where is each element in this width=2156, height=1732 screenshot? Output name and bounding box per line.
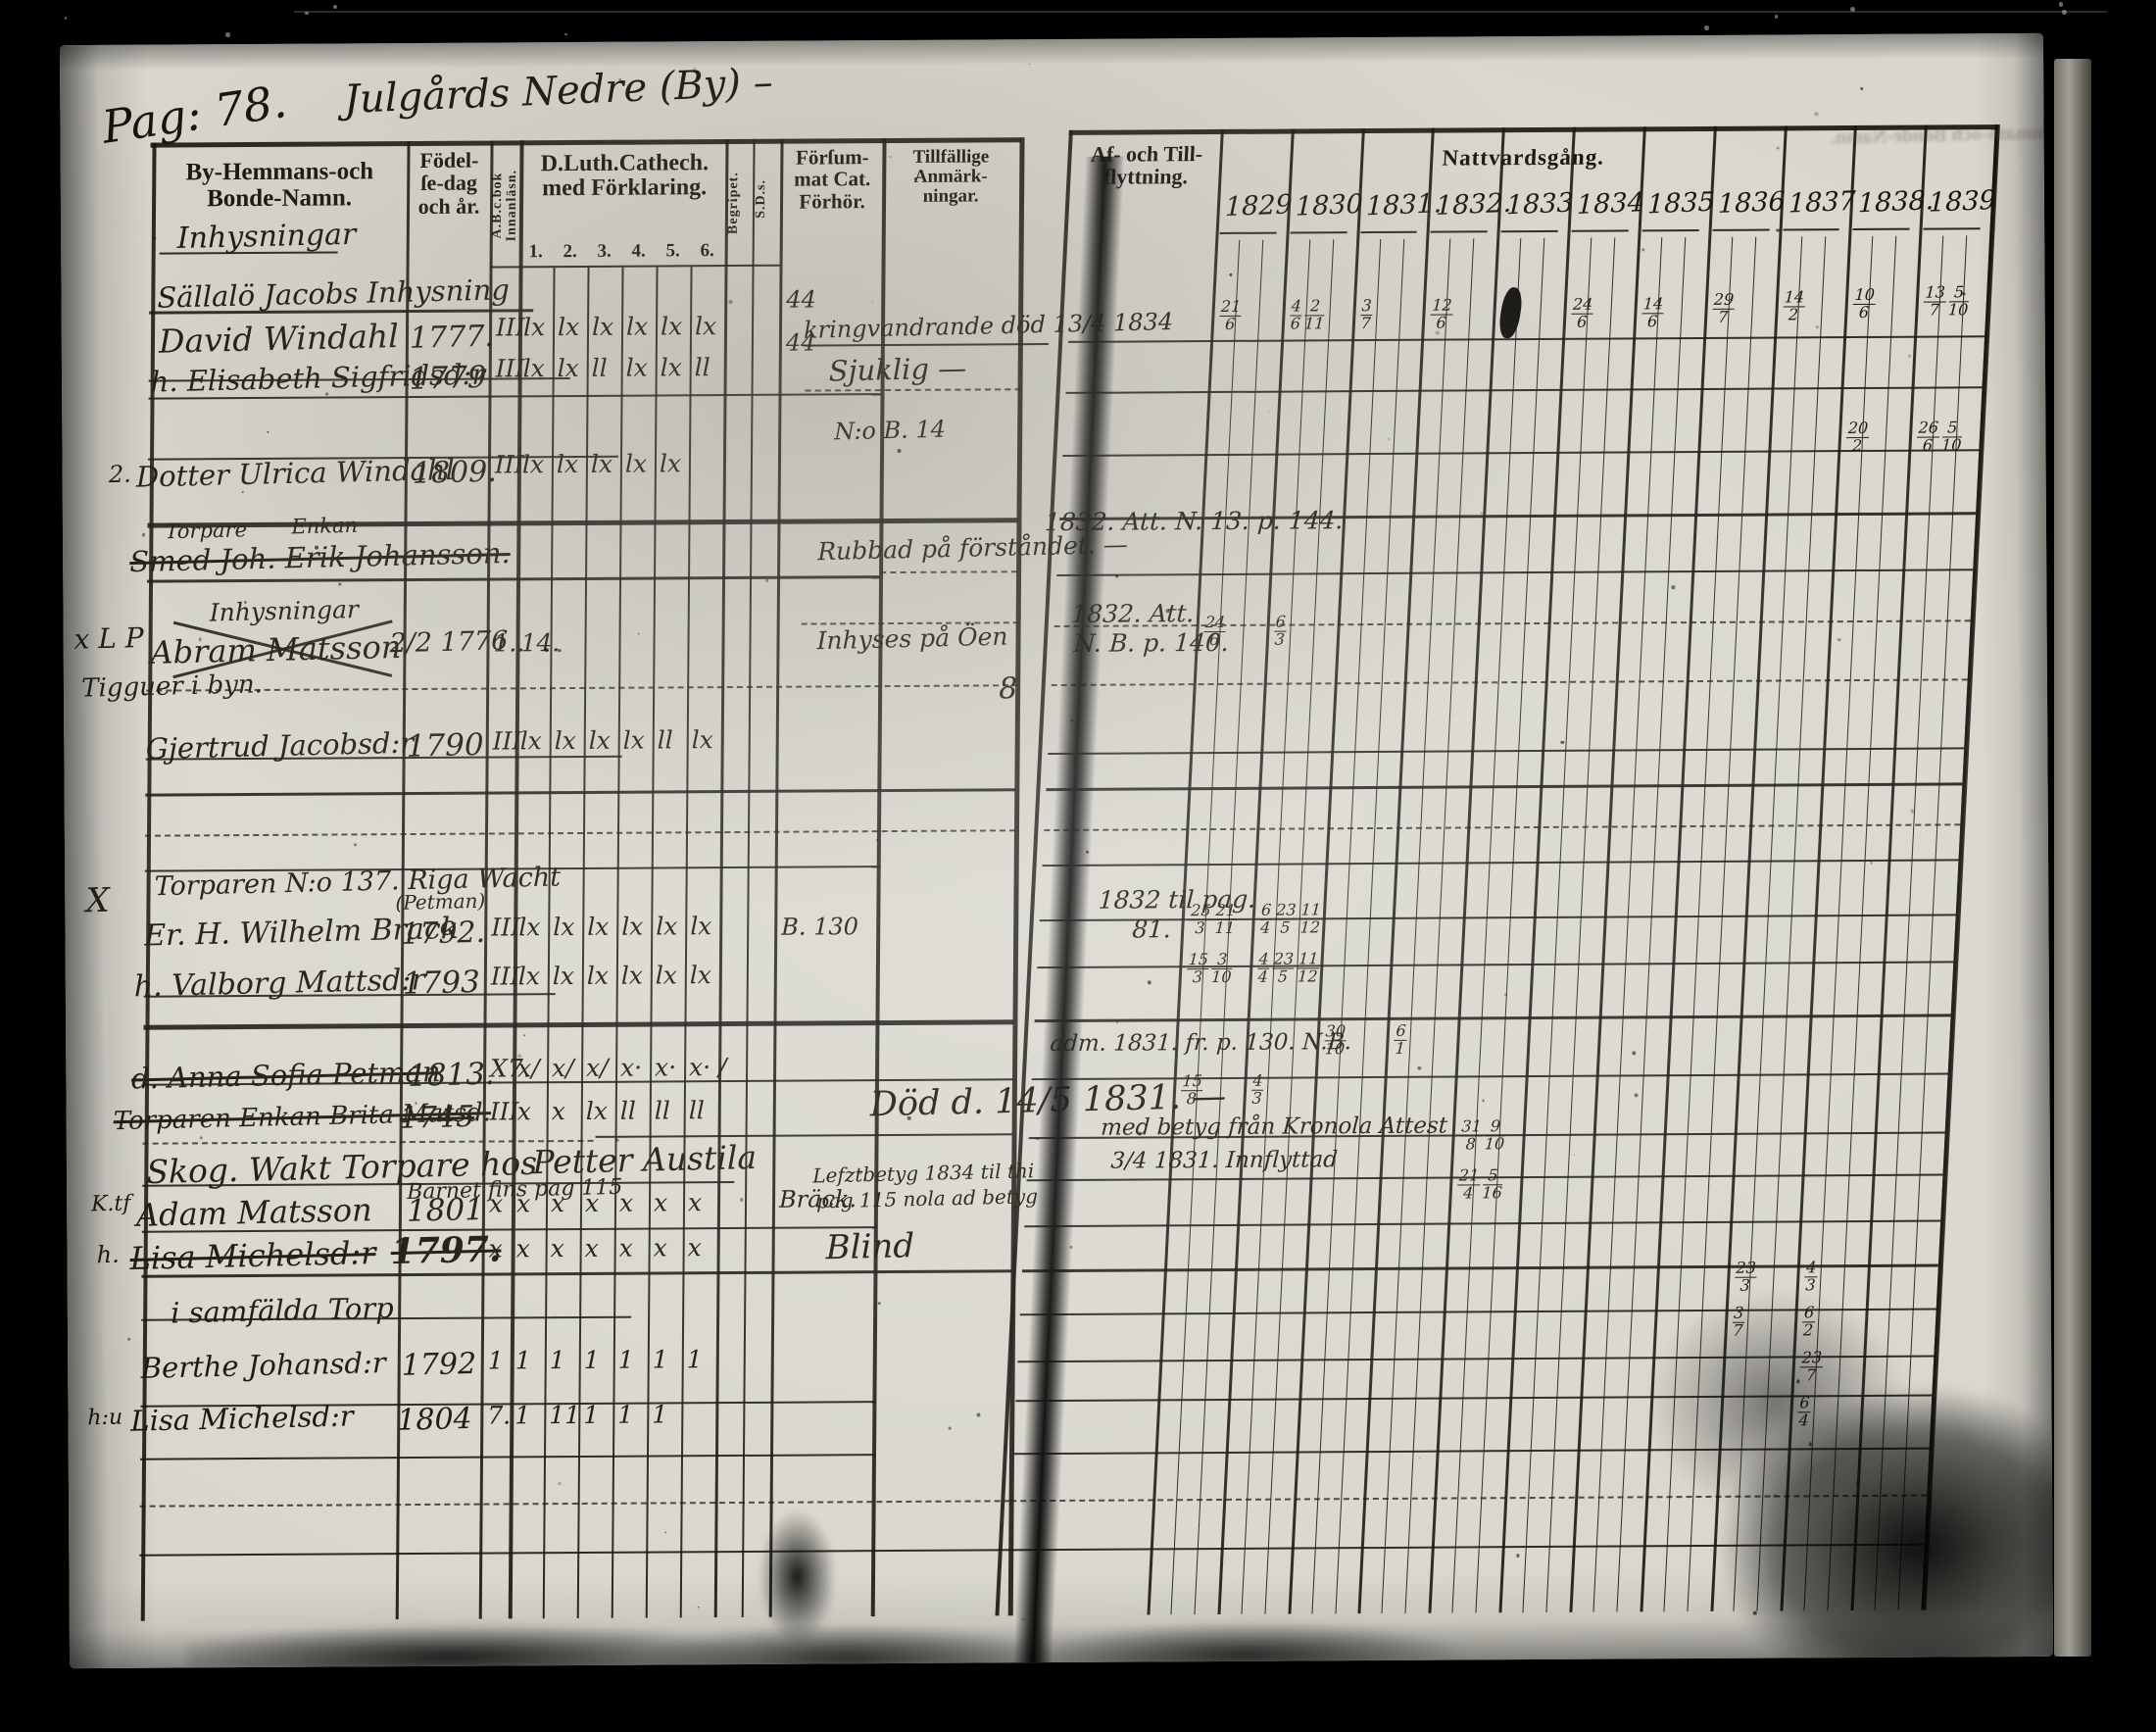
communion-date: 106 [1852,287,1876,322]
paper-speck [1861,508,1862,509]
communion-year-label: 1830 [1296,191,1363,221]
communion-date-fraction: 64 [1797,1395,1811,1429]
communion-date: 237 [1799,1350,1823,1384]
communion-year-label: 1833 [1506,190,1574,220]
grid-line-horizontal [1044,823,1960,831]
grid-line-horizontal [1068,335,1984,343]
paper-speck [242,491,244,493]
paper-speck [1148,981,1151,985]
grid-line-horizontal [1056,569,1973,576]
communion-date-fraction: 253 [1189,903,1212,937]
paper-speck [693,68,695,70]
paper-speck [1910,810,1913,813]
communion-date: 64 [1797,1395,1811,1429]
paper-speck [326,393,329,396]
grid-line-horizontal [1043,859,1959,866]
grid-line-horizontal [1020,1309,1936,1316]
paper-speck [142,533,145,536]
paper-speck [1774,1495,1777,1498]
grid-line-horizontal [1015,1395,1932,1403]
communion-date-fraction: 43 [1804,1260,1818,1294]
paper-speck [1116,1021,1118,1023]
grid-line-horizontal [1013,1448,1930,1456]
paper-speck [415,1102,416,1104]
communion-date-fraction: 211 [1304,298,1326,332]
paper-speck [1516,1554,1519,1557]
paper-speck [1481,513,1483,515]
migration-note: adm. 1831. fr. p. 130. N.B. [1050,1031,1352,1056]
grid-line-horizontal [1501,230,1558,232]
film-speck [305,12,309,16]
paper-speck [898,449,901,452]
communion-date: 142 [1782,289,1805,323]
communion-date-fraction: 910 [1484,1118,1505,1153]
communion-date-fraction: 37 [1732,1306,1745,1340]
grid-line-horizontal [1641,229,1698,231]
communion-date-fraction: 516 [1482,1167,1503,1202]
communion-date: 3010 [1323,1023,1347,1058]
communion-date: 146 [1641,296,1664,330]
paper-speck [1908,355,1911,358]
film-scratch-line [294,11,2107,13]
communion-date: 214516 [1457,1167,1503,1202]
microfilm-frame: { "meta": { "page_label": "Pag: 78.", "t… [0,0,2156,1732]
paper-speck [455,986,457,988]
film-speck [564,33,566,35]
grid-line-horizontal [1360,231,1417,233]
paper-speck [858,1170,862,1174]
communion-year-label: 1835 [1647,189,1715,219]
paper-speck [1139,1132,1142,1135]
communion-date-fraction: 297 [1711,292,1735,326]
communion-date: 233 [1734,1261,1757,1295]
communion-date: 153310 [1186,952,1232,986]
paper-speck [1672,585,1676,589]
communion-date-fraction: 1112 [1297,951,1320,985]
film-speck [333,5,337,9]
paper-speck [153,237,156,240]
paper-speck [1086,851,1089,854]
grid-line-horizontal [1048,747,1964,755]
grid-line-horizontal [1431,230,1488,232]
communion-date: 246 [1571,297,1594,331]
communion-date-fraction: 142 [1782,289,1805,323]
communion-date-fraction: 126 [1430,298,1453,332]
paper-speck [1816,325,1819,328]
paper-speck [315,546,318,550]
communion-date: 158 [1180,1073,1203,1108]
grid-line-horizontal [1024,1219,1940,1227]
film-speck [1850,7,1855,12]
communion-date-fraction: 62 [1802,1305,1816,1339]
grid-line-horizontal [1066,386,1983,394]
communion-date: 126 [1430,298,1453,332]
communion-date-fraction: 214 [1457,1167,1481,1202]
communion-date: 62 [1802,1305,1816,1339]
photographed-book-spread: By-Hemmans-ochBonde-Namn. Födel-ſe-dagoc… [60,33,2053,1668]
grid-line-horizontal [1220,232,1277,234]
grid-line-horizontal [1062,449,1979,457]
communion-date: 46211 [1289,298,1325,332]
grid-line-horizontal [1032,1072,1948,1080]
paper-speck [977,1412,981,1416]
communion-date-fraction: 510 [1941,420,1963,454]
communion-date-fraction: 146 [1641,296,1664,330]
paper-speck [545,648,549,652]
paper-speck [523,1034,525,1036]
paper-speck [1815,112,1818,115]
paper-speck [198,637,202,641]
paper-speck [729,300,733,304]
communion-date-fraction: 3010 [1323,1023,1347,1058]
grid-line-horizontal [1290,231,1347,233]
communion-date: 318910 [1459,1118,1505,1153]
communion-date-fraction: 216 [1219,299,1243,333]
paper-speck [1796,1380,1799,1383]
communion-date: 61 [1394,1023,1407,1058]
paper-speck [1634,1093,1638,1097]
film-speck [2062,10,2067,15]
communion-date: 297 [1711,292,1735,326]
communion-date-fraction: 46 [1289,298,1302,332]
communion-date-fraction: 106 [1852,287,1876,322]
grid-line-horizontal [1035,1014,1951,1022]
paper-speck [740,1198,743,1201]
paper-speck [1230,273,1232,275]
paper-speck [1870,862,1873,865]
paper-speck [1034,1560,1036,1562]
communion-date-fraction: 235 [1271,952,1295,986]
communion-date-fraction: 37 [1359,298,1373,332]
communion-date-fraction: 235 [1274,902,1298,936]
communion-year-label: 1837 [1788,188,1855,218]
communion-date: 642351112 [1259,902,1323,936]
grid-line-horizontal [1052,678,1968,686]
communion-date-fraction: 137 [1923,284,1946,319]
communion-date: 2532111 [1189,903,1237,937]
communion-date: 202 [1846,421,1870,455]
grid-line-horizontal [1924,227,1981,229]
film-speck [1704,25,1709,30]
communion-date: 246 [1203,615,1227,649]
communion-date-fraction: 318 [1459,1118,1483,1153]
paper-speck [765,579,768,582]
communion-date-fraction: 266 [1916,420,1939,454]
communion-date-fraction: 64 [1259,903,1273,937]
film-speck [225,32,229,36]
migration-note: 3/4 1831. Innflyttad [1110,1149,1339,1172]
communion-date-fraction: 44 [1256,952,1270,986]
communion-date-fraction: 246 [1203,615,1227,649]
grid-line-horizontal [1010,1495,1927,1503]
film-speck [2059,2,2064,7]
communion-date-fraction: 158 [1180,1073,1203,1108]
page-edge-strip [2054,59,2091,1657]
grid-line-horizontal [1853,228,1910,230]
communion-date: 43 [1804,1260,1818,1294]
communion-date-fraction: 246 [1571,297,1594,331]
grid-line-horizontal [1712,229,1769,231]
grid-line-horizontal [1783,228,1839,230]
communion-date-fraction: 2111 [1213,903,1237,937]
paper-speck [872,301,873,302]
communion-date: 43 [1250,1073,1264,1108]
communion-date-fraction: 63 [1273,615,1287,649]
communion-date-fraction: 237 [1799,1350,1823,1384]
paper-speck [949,1427,952,1430]
film-speck [65,17,68,20]
grid-line-horizontal [1046,782,1962,791]
grid-line-horizontal [1572,229,1629,231]
grid-line-vertical [1147,129,1223,1615]
paper-speck [1776,146,1779,149]
migration-note: med betyg från Kronola Attest [1101,1115,1448,1140]
communion-date: 137510 [1923,284,1969,319]
communion-date-fraction: 233 [1734,1261,1757,1295]
grid-line-horizontal [1008,1544,1925,1552]
paper-speck [1856,1481,1860,1485]
communion-year-label: 1839 [1929,187,1996,217]
ink-blot [1497,286,1525,339]
communion-year-label: 1829 [1225,191,1293,221]
communion-date-fraction: 510 [1948,284,1970,319]
communion-date: 216 [1219,299,1243,333]
column-header-communion: Nattvardsgång. [1347,145,1700,172]
migration-note: 81. [1132,916,1172,941]
grid-line-horizontal [1037,961,1953,968]
communion-year-label: 1836 [1717,188,1785,218]
communion-date-fraction: 310 [1211,952,1233,986]
communion-year-label: 1834 [1577,189,1644,219]
grid-line-horizontal [1022,1264,1938,1273]
communion-date: 37 [1732,1306,1745,1340]
communion-date: 63 [1273,615,1287,649]
paper-speck [914,177,917,180]
paper-speck [1022,1617,1025,1620]
paper-speck [1776,228,1780,232]
communion-date-fraction: 1112 [1298,902,1322,936]
communion-date-fraction: 202 [1846,421,1870,455]
communion-date: 266510 [1916,420,1962,454]
communion-date: 442351112 [1256,951,1320,985]
communion-date-fraction: 153 [1186,952,1209,986]
grid-line-horizontal [1040,914,1956,921]
grid-line-horizontal [1017,1356,1934,1363]
paper-speck [1036,1137,1039,1140]
communion-date: 37 [1359,298,1373,332]
communion-date-fraction: 43 [1250,1073,1264,1108]
film-speck [1775,15,1779,19]
communion-date-fraction: 61 [1394,1023,1407,1058]
